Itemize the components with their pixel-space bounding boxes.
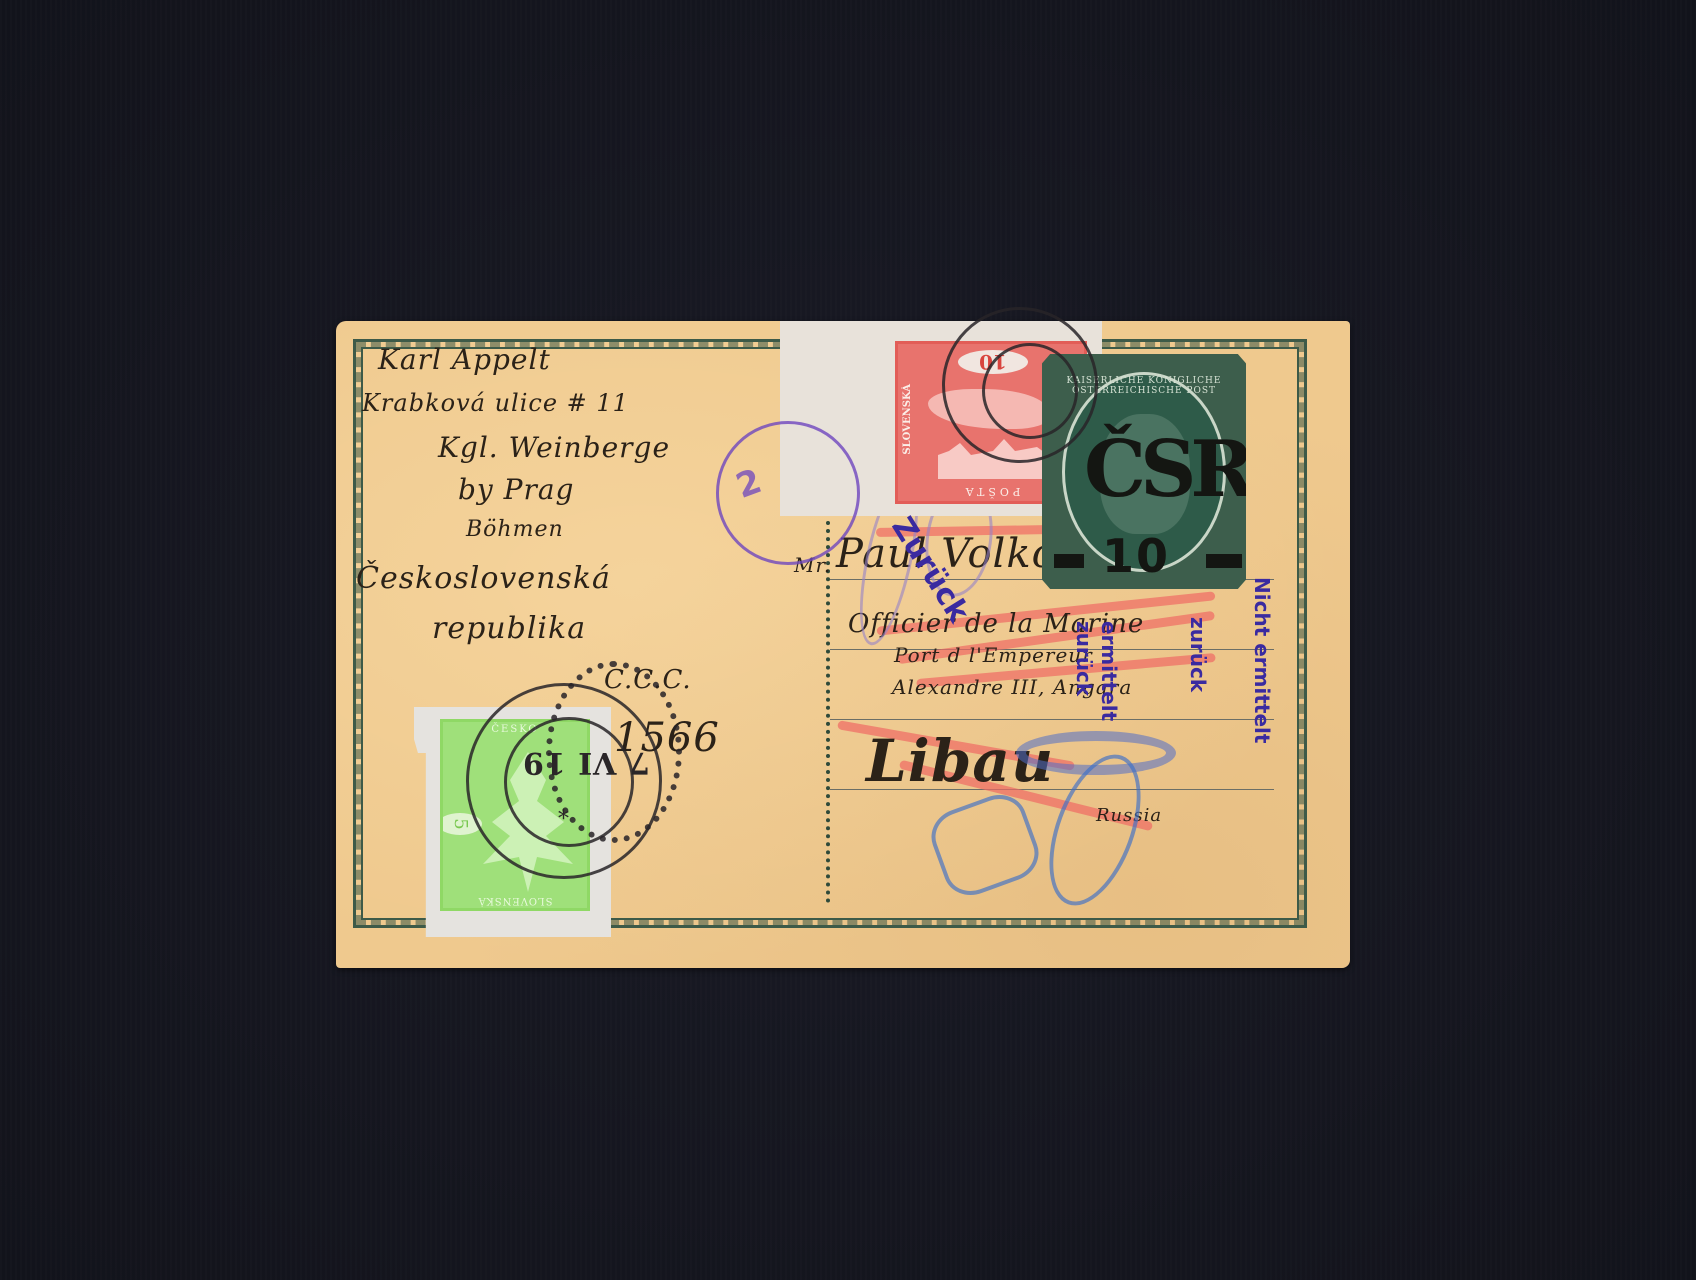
overprint-bar (1206, 554, 1242, 568)
sender-country-2: republika (432, 611, 586, 646)
sender-street: Krabková ulice # 11 (362, 389, 629, 417)
censor-mark: 2 (716, 421, 860, 565)
recipient-line2: Port d l'Empereur (894, 643, 1093, 667)
postmark-inner-ring (982, 343, 1078, 439)
csr-overprint: ČSR (1084, 424, 1249, 515)
stamp-inscription: SLOVENSKÁ (902, 384, 913, 455)
stamp-inscription: SLOVENSKÁ (443, 895, 587, 906)
sender-region: Böhmen (466, 517, 564, 542)
nicht-ermittelt-handstamp: Nicht ermittelt (1250, 577, 1274, 743)
sender-country-1: Československá (356, 561, 611, 596)
sender-name: Karl Appelt (378, 343, 551, 376)
zuruck-handstamp-vertical: zurück (1186, 617, 1210, 692)
postmark-date: 7 VI 19 (522, 745, 650, 780)
sender-district: Kgl. Weinberge (438, 431, 670, 464)
postmark-star: * (558, 807, 570, 832)
zuruck-handstamp-vertical: zurück (1072, 621, 1096, 696)
new-value-overprint: 10 (1102, 529, 1170, 583)
sender-city: by Prag (458, 473, 574, 506)
postcard: Karl Appelt Krabková ulice # 11 Kgl. Wei… (336, 321, 1350, 968)
address-line (830, 719, 1274, 720)
ermittelt-handstamp: ermittelt (1097, 621, 1121, 721)
overprint-bar (1054, 554, 1084, 568)
censor-number: 2 (731, 461, 767, 507)
